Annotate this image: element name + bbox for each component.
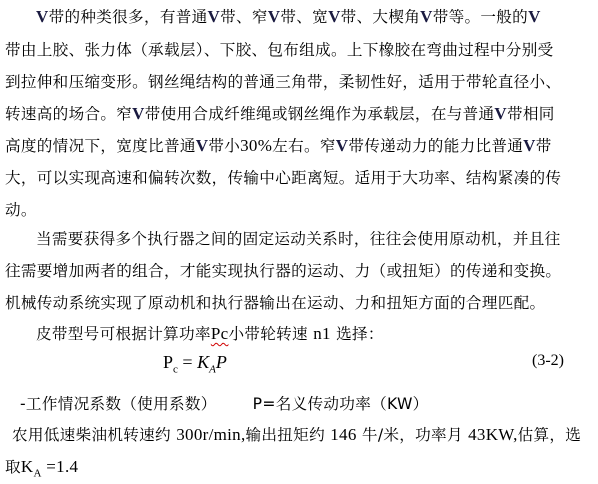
text: 高度的情况下，宽度比普通 bbox=[5, 137, 196, 155]
text: 输出扭矩约 bbox=[246, 426, 325, 444]
ka-definition: -工作情况系数（使用系数） bbox=[20, 395, 217, 413]
text: 转速高的场合。窄 bbox=[5, 105, 132, 123]
paragraph-4: 农用低速柴油机转速约 300r/min,输出扭矩约 146 牛/米，功率月 43… bbox=[12, 425, 581, 445]
text: 带的种类很多，有普通 bbox=[49, 8, 208, 26]
text: 取 bbox=[5, 458, 21, 476]
paragraph-1-line-5: 高度的情况下，宽度比普通V带小30%左右。窄V带传递动力的能力比普通V带 bbox=[5, 136, 552, 156]
formula-subscript-a: A bbox=[209, 364, 216, 376]
text: 小带轮转速 bbox=[228, 325, 307, 343]
paragraph-1-line-4: 转速高的场合。窄V带使用合成纤维绳或钢丝绳作为承载层，在与普通V带相同 bbox=[5, 104, 555, 124]
torque-value: 146 bbox=[330, 425, 356, 444]
n1-symbol: n1 bbox=[313, 324, 331, 343]
paragraph-1-line-7: 动。 bbox=[5, 200, 37, 220]
v-glyph: V bbox=[196, 136, 209, 155]
formula-equals: = bbox=[178, 352, 197, 372]
formula-p: P bbox=[163, 352, 173, 372]
v-glyph: V bbox=[523, 136, 536, 155]
text: 带等。一般的 bbox=[433, 8, 528, 26]
v-glyph: V bbox=[36, 7, 49, 26]
text: 估算，选 bbox=[518, 426, 582, 444]
text: 选择： bbox=[336, 325, 384, 343]
power-value: 43KW, bbox=[468, 425, 518, 444]
paragraph-2-line-1: 当需要获得多个执行器之间的固定运动关系时，往往会使用原动机，并且往 bbox=[36, 229, 561, 249]
formula-k: K bbox=[197, 352, 209, 372]
paragraph-2-line-2: 往需要增加两者的组合，才能实现执行器的运动、力（或扭矩）的传递和变换。 bbox=[5, 261, 561, 281]
text: 带传递动力的能力比普通 bbox=[348, 137, 523, 155]
text: 带小 bbox=[208, 137, 240, 155]
text: 带使用合成纤维绳或钢丝绳作为承载层，在与普通 bbox=[145, 105, 495, 123]
paragraph-1-line-3: 到拉伸和压缩变形。钢丝绳结构的普通三角带，柔韧性好，适用于带轮直径小、 bbox=[5, 72, 561, 92]
formula-pc-equals-ka-p: Pc = KAP bbox=[163, 352, 227, 376]
k-letter: K bbox=[21, 457, 34, 476]
v-glyph: V bbox=[336, 136, 349, 155]
paragraph-1-line-6: 大，可以实现高速和偏转次数，传输中心距离短。适用于大功率、结构紧凑的传 bbox=[5, 168, 561, 188]
percentage: 30% bbox=[240, 136, 272, 155]
text: 牛/米，功率月 bbox=[362, 426, 463, 444]
text: 左右。窄 bbox=[272, 137, 336, 155]
paragraph-5: 取KA =1.4 bbox=[5, 457, 78, 483]
paragraph-1-line-2: 带由上胶、张力体（承载层）、下胶、包布组成。上下橡胶在弯曲过程中分别受 bbox=[5, 40, 553, 60]
text: 皮带型号可根据计算功率 bbox=[36, 325, 211, 343]
text: 带相同 bbox=[507, 105, 555, 123]
v-glyph: V bbox=[328, 7, 341, 26]
formula-p2: P bbox=[216, 352, 227, 372]
text: 农用低速柴油机转速约 bbox=[12, 426, 171, 444]
ka-symbol: KA =1.4 bbox=[21, 457, 78, 476]
definitions-line: -工作情况系数（使用系数）P=名义传动功率（KW） bbox=[20, 394, 429, 414]
v-glyph: V bbox=[208, 7, 221, 26]
p-definition: P=名义传动功率（KW） bbox=[253, 395, 429, 413]
paragraph-3: 皮带型号可根据计算功率Pc小带轮转速 n1 选择： bbox=[36, 324, 384, 344]
text: 带、窄 bbox=[220, 8, 268, 26]
spellcheck-flagged-term[interactable]: Pc bbox=[211, 324, 229, 343]
text: 带、大楔角 bbox=[341, 8, 420, 26]
v-glyph: V bbox=[528, 7, 541, 26]
v-glyph: V bbox=[494, 104, 507, 123]
text: 带、宽 bbox=[280, 8, 328, 26]
equation-number: (3-2) bbox=[532, 352, 564, 370]
text: 带 bbox=[536, 137, 552, 155]
paragraph-1-line-1: V带的种类很多，有普通V带、窄V带、宽V带、大楔角V带等。一般的V bbox=[36, 7, 541, 27]
v-glyph: V bbox=[132, 104, 145, 123]
v-glyph: V bbox=[268, 7, 281, 26]
paragraph-2-line-3: 机械传动系统实现了原动机和执行器输出在运动、力和扭矩方面的合理匹配。 bbox=[5, 293, 545, 313]
v-glyph: V bbox=[420, 7, 433, 26]
ka-value: =1.4 bbox=[42, 457, 79, 476]
speed-value: 300r/min, bbox=[176, 425, 245, 444]
subscript-a: A bbox=[33, 467, 41, 479]
